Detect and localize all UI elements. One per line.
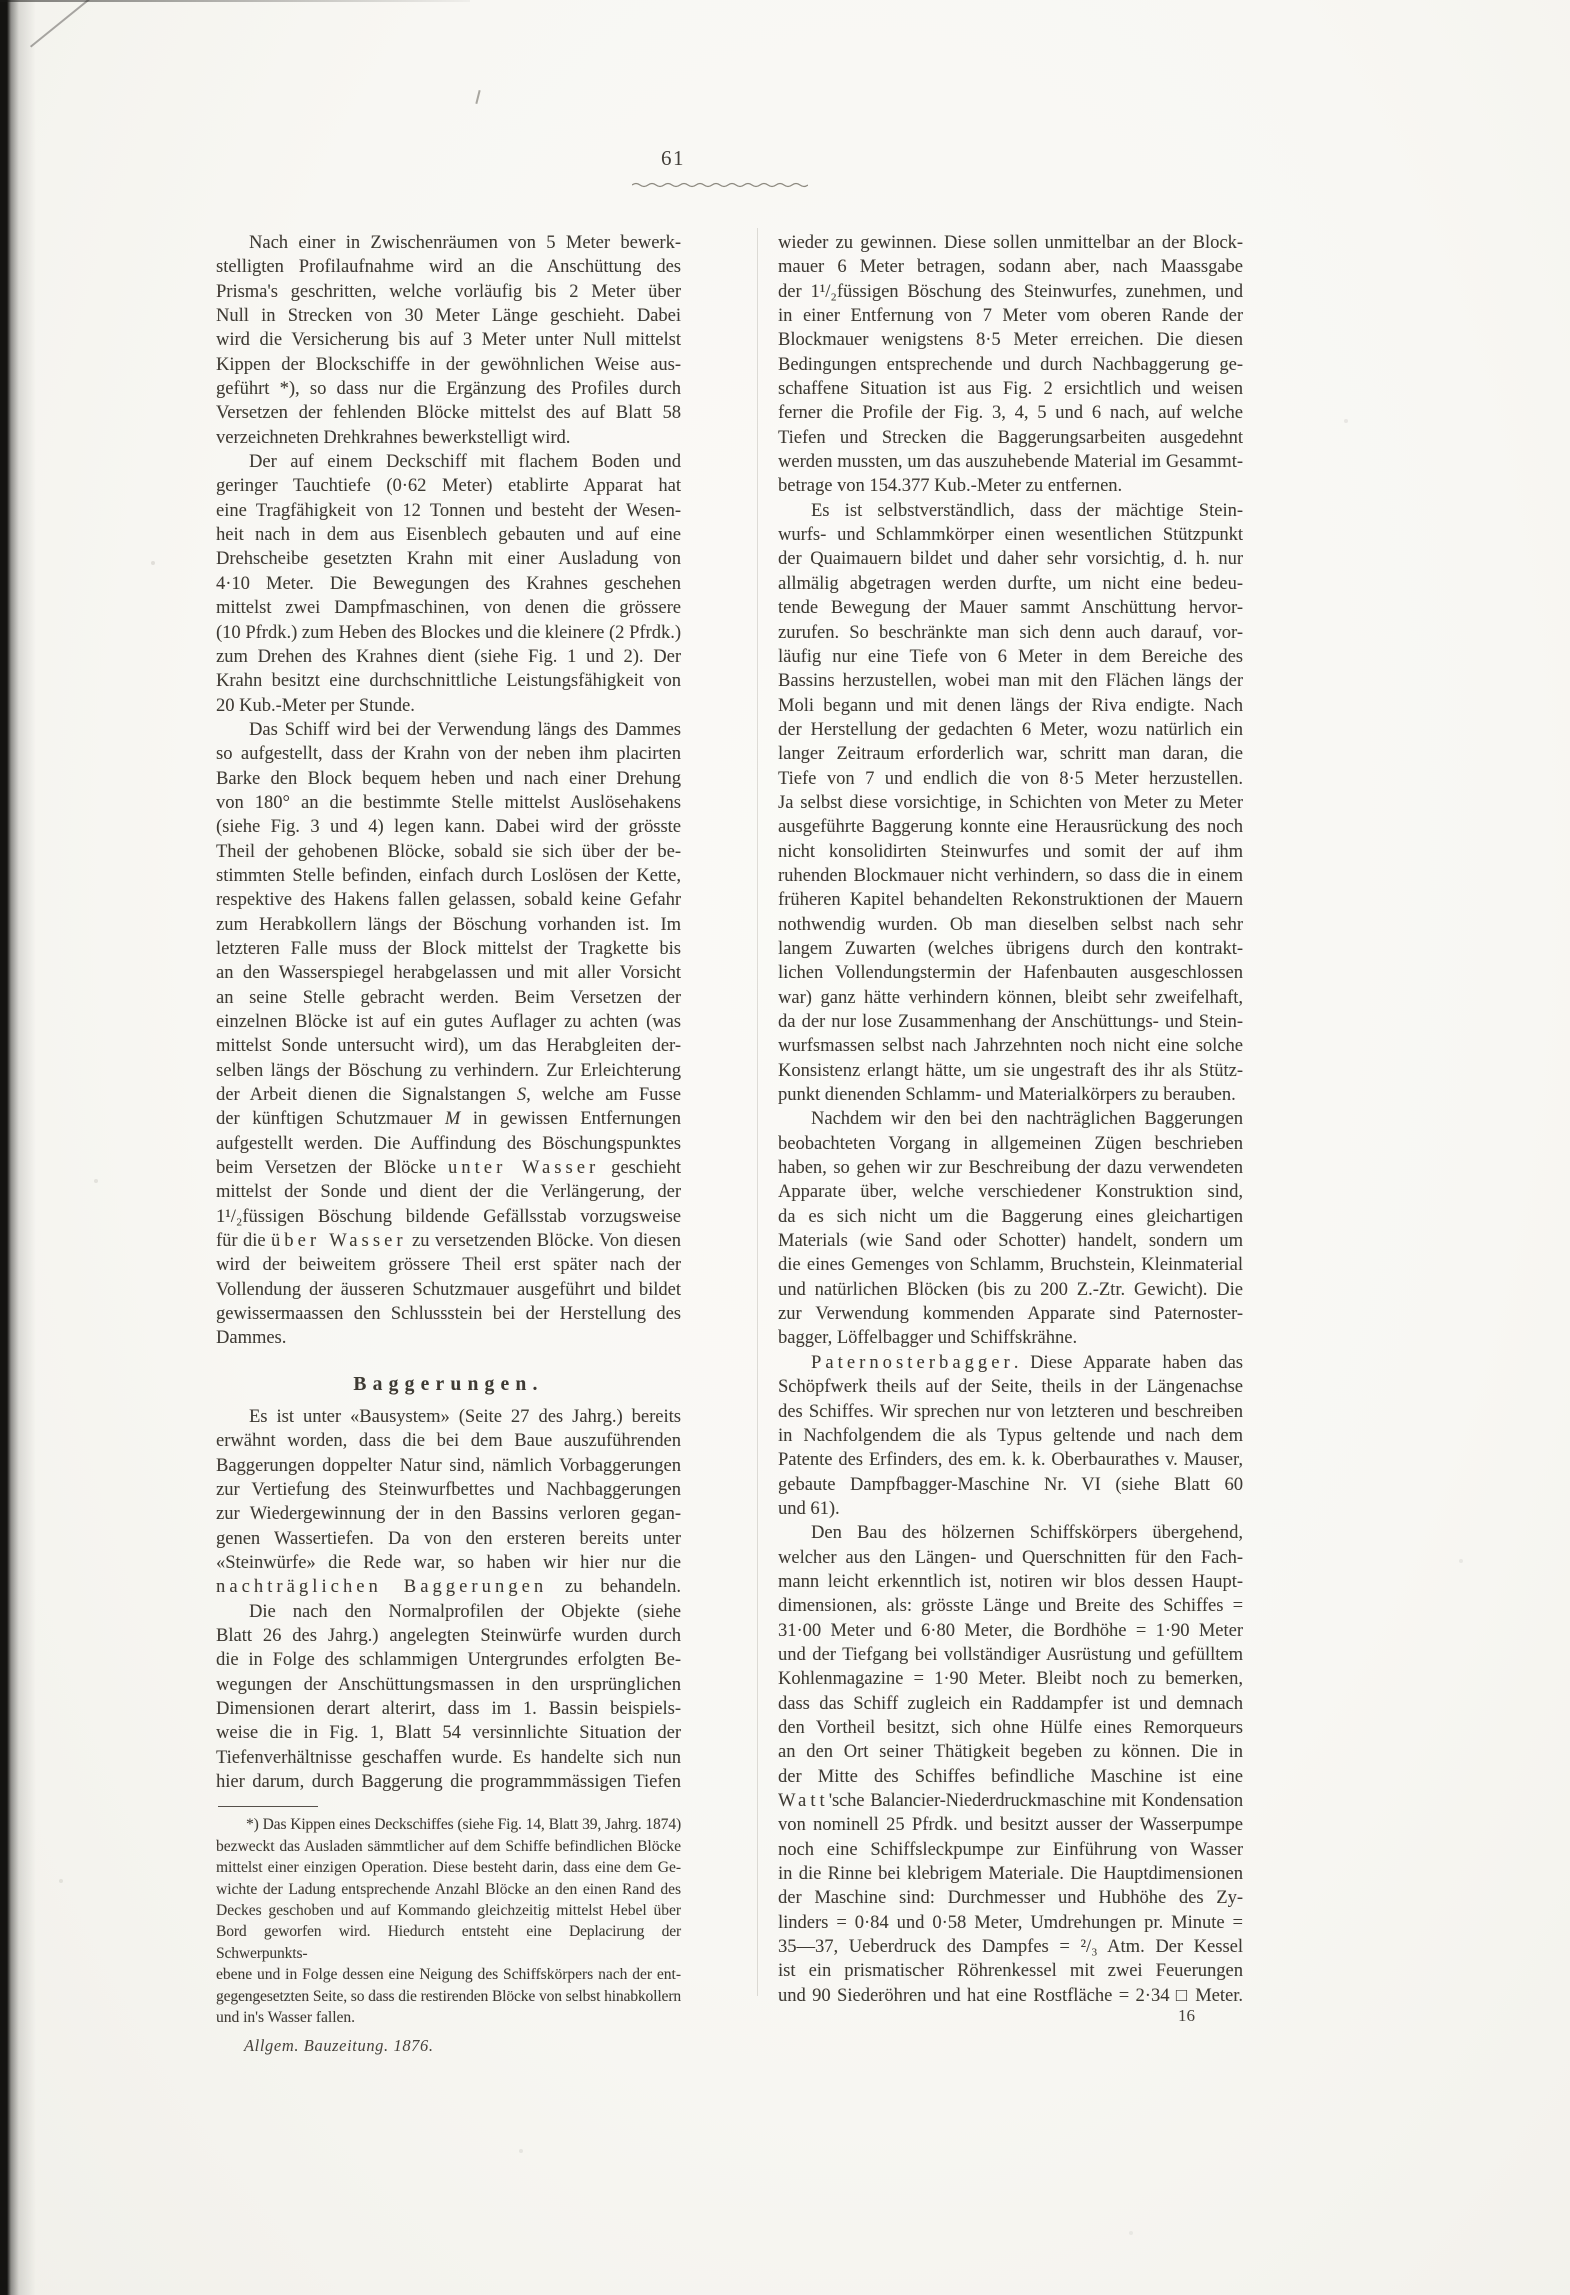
text-line: ausgeführte Baggerung konnte eine Heraus… <box>778 815 1243 839</box>
text-line: der Arbeit dienen die Signalstangen S, w… <box>216 1083 681 1107</box>
text-line: werden mussten, um das auszuhebende Mate… <box>778 450 1243 474</box>
text-line: zur Verwendung kommenden Apparate sind P… <box>778 1302 1243 1326</box>
text-line: an seine Stelle gebracht werden. Beim Ve… <box>216 986 681 1010</box>
text-line: Null in Strecken von 30 Meter Länge gesc… <box>216 304 681 328</box>
text-line: früheren Kapitel behandelten Rekonstrukt… <box>778 888 1243 912</box>
text-line: stimmten Stelle befinden, einfach durch … <box>216 864 681 888</box>
text-line: Paternosterbagger. Diese Apparate haben … <box>778 1351 1243 1375</box>
text-line: haben, so gehen wir zur Beschreibung der… <box>778 1156 1243 1180</box>
text-line: Tiefen und Strecken die Baggerungsarbeit… <box>778 426 1243 450</box>
text-line: Prisma's geschritten, welche vorläufig b… <box>216 280 681 304</box>
text-line: der künftigen Schutzmauer M in gewissen … <box>216 1107 681 1131</box>
text-line: da der nur lose Zusammenhang der Anschüt… <box>778 1010 1243 1034</box>
text-line: betrage von 154.377 Kub.-Meter zu entfer… <box>778 474 1243 498</box>
text-line: Nach einer in Zwischenräumen von 5 Meter… <box>216 231 681 255</box>
right-column: wieder zu gewinnen. Diese sollen unmitte… <box>778 231 1243 2008</box>
text-line: mann leicht erkenntlich ist, notiren wir… <box>778 1570 1243 1594</box>
text-line: Drehscheibe gesetzten Krahn mit einer Au… <box>216 547 681 571</box>
text-line: ebene und in Folge dessen eine Neigung d… <box>216 1964 681 1985</box>
text-line: mittelst der Sonde und dient der die Ver… <box>216 1180 681 1204</box>
footnote: *) Das Kippen eines Deckschiffes (siehe … <box>216 1814 681 2028</box>
text-line: Materials (wie Sand oder Schotter) hande… <box>778 1229 1243 1253</box>
paragraph: Die nach den Normalprofilen der Objekte … <box>216 1600 681 1795</box>
text-line: in Nachfolgendem die als Typus geltende … <box>778 1424 1243 1448</box>
text-line: und natürlichen Blöcken (bis zu 200 Z.-Z… <box>778 1278 1243 1302</box>
text-line: Dimensionen derart alterirt, dass im 1. … <box>216 1697 681 1721</box>
paragraph: Nachdem wir den bei den nachträglichen B… <box>778 1107 1243 1350</box>
text-line: der Maschine sind: Durchmesser und Hubhö… <box>778 1886 1243 1910</box>
text-line: Den Bau des hölzernen Schiffskörpers übe… <box>778 1521 1243 1545</box>
text-line: 35—37, Ueberdruck des Dampfes = ²/₃ Atm.… <box>778 1935 1243 1959</box>
text-line: erwähnt worden, dass die bei dem Baue au… <box>216 1429 681 1453</box>
text-line: war) ganz hätte verhindern können, bleib… <box>778 986 1243 1010</box>
text-line: für die über Wasser zu versetzenden Blöc… <box>216 1229 681 1253</box>
text-line: linders = 0·84 und 0·58 Meter, Umdrehung… <box>778 1911 1243 1935</box>
text-line: beobachteten Vorgang in allgemeinen Züge… <box>778 1132 1243 1156</box>
text-line: dimensionen, als: grösste Länge und Brei… <box>778 1594 1243 1618</box>
text-line: gebaute Dampfbagger-Maschine Nr. VI (sie… <box>778 1473 1243 1497</box>
text-line: Das Schiff wird bei der Verwendung längs… <box>216 718 681 742</box>
text-line: und 61). <box>778 1497 1243 1521</box>
page-corner-crease <box>30 0 98 47</box>
text-line: zur Vertiefung des Steinwurfbettes und N… <box>216 1478 681 1502</box>
paragraph: Der auf einem Deckschiff mit flachem Bod… <box>216 450 681 718</box>
text-line: wird die Versicherung bis auf 3 Meter un… <box>216 328 681 352</box>
text-line: langem Zuwarten (welches übrigens durch … <box>778 937 1243 961</box>
text-line: Patente des Erfinders, des em. k. k. Obe… <box>778 1448 1243 1472</box>
paragraph: Nach einer in Zwischenräumen von 5 Meter… <box>216 231 681 450</box>
text-line: gegengesetzten Seite, so dass die restir… <box>216 1986 681 2007</box>
text-line: Ja selbst diese vorsichtige, in Schichte… <box>778 791 1243 815</box>
text-line: der Quaimauern bildet und daher sehr vor… <box>778 547 1243 571</box>
text-line: mittelst Sonde untersucht wird), um das … <box>216 1034 681 1058</box>
text-line: Blockmauer wenigstens 8·5 Meter erreiche… <box>778 328 1243 352</box>
paragraph: Den Bau des hölzernen Schiffskörpers übe… <box>778 1521 1243 2008</box>
text-line: genen Wassertiefen. Da von den ersteren … <box>216 1527 681 1551</box>
text-line: Watt'sche Balancier-Niederdruckmaschine … <box>778 1789 1243 1813</box>
scan-edge-shadow <box>0 0 36 2295</box>
text-line: eine Tragfähigkeit von 12 Tonnen und bes… <box>216 499 681 523</box>
text-line: und 90 Siederöhren und hat eine Rostfläc… <box>778 1984 1243 2008</box>
text-line: an den Ort seiner Thätigkeit begeben zu … <box>778 1740 1243 1764</box>
text-line: selben längs der Böschung zu verhindern.… <box>216 1059 681 1083</box>
scan-top-edge <box>0 0 470 2</box>
text-line: von 180° an die bestimmte Stelle mittels… <box>216 791 681 815</box>
text-line: nicht konsolidirten Steinwurfes und somi… <box>778 840 1243 864</box>
text-line: an den Wasserspiegel herabgelassen und m… <box>216 961 681 985</box>
ink-mark <box>475 90 480 104</box>
wavy-rule <box>632 181 808 189</box>
text-line: Es ist unter «Bausystem» (Seite 27 des J… <box>216 1405 681 1429</box>
text-line: Bedingungen entsprechende und durch Nach… <box>778 353 1243 377</box>
text-line: Deckes geschoben und auf Kommando gleich… <box>216 1900 681 1921</box>
journal-credit: Allgem. Bauzeitung. 1876. <box>216 2036 681 2056</box>
text-line: die in Folge des schlammigen Untergrunde… <box>216 1648 681 1672</box>
text-line: in die Rinne bei klebrigem Materiale. Di… <box>778 1862 1243 1886</box>
text-line: und in's Wasser fallen. <box>216 2007 681 2028</box>
text-line: allmälig abgetragen werden durfte, um ni… <box>778 572 1243 596</box>
text-line: respektive des Hakens fallen gelassen, s… <box>216 888 681 912</box>
text-line: wegungen der Anschüttungsmassen in den u… <box>216 1673 681 1697</box>
text-line: ruhenden Blockmauer nicht verhindern, so… <box>778 864 1243 888</box>
text-line: nachträglichen Baggerungen zu behandeln. <box>216 1575 681 1599</box>
text-line: von nominell 25 Pfrdk. und besitzt ausse… <box>778 1813 1243 1837</box>
text-line: Der auf einem Deckschiff mit flachem Bod… <box>216 450 681 474</box>
paragraph: Das Schiff wird bei der Verwendung längs… <box>216 718 681 1351</box>
text-line: noch eine Schiffsleckpumpe zur Einführun… <box>778 1838 1243 1862</box>
text-line: wieder zu gewinnen. Diese sollen unmitte… <box>778 231 1243 255</box>
text-line: Die nach den Normalprofilen der Objekte … <box>216 1600 681 1624</box>
left-column: Nach einer in Zwischenräumen von 5 Meter… <box>216 231 681 2056</box>
paragraph: Es ist unter «Bausystem» (Seite 27 des J… <box>216 1405 681 1600</box>
column-divider-rule <box>757 228 758 1996</box>
section-heading: Baggerungen. <box>216 1373 681 1397</box>
text-line: der 1¹/₂füssigen Böschung des Steinwurfe… <box>778 280 1243 304</box>
text-line: Kohlenmagazine = 1·90 Meter. Bleibt noch… <box>778 1667 1243 1691</box>
text-line: Es ist selbstverständlich, dass der mäch… <box>778 499 1243 523</box>
paragraph: wieder zu gewinnen. Diese sollen unmitte… <box>778 231 1243 499</box>
page-number: 61 <box>638 146 708 171</box>
text-line: langer Zeitraum erforderlich war, schrit… <box>778 742 1243 766</box>
text-line: die eines Gemenges von Schlamm, Bruchste… <box>778 1253 1243 1277</box>
text-line: verzeichneten Drehkrahnes bewerkstelligt… <box>216 426 681 450</box>
text-line: ferner die Profile der Fig. 3, 4, 5 und … <box>778 401 1243 425</box>
text-line: mittelst zwei Dampfmaschinen, von denen … <box>216 596 681 620</box>
text-line: mittelst einer einzigen Operation. Diese… <box>216 1857 681 1878</box>
text-line: Blatt 26 des Jahrg.) angelegten Steinwür… <box>216 1624 681 1648</box>
text-line: wichte der Ladung entsprechende Anzahl B… <box>216 1879 681 1900</box>
text-line: Vollendung der äusseren Schutzmauer ausg… <box>216 1278 681 1302</box>
text-line: zum Herabkollern längs der Böschung vorh… <box>216 913 681 937</box>
paragraph: Es ist selbstverständlich, dass der mäch… <box>778 499 1243 1108</box>
text-line: des Schiffes. Wir sprechen nur von letzt… <box>778 1400 1243 1424</box>
text-line: wird der beiweitem grössere Theil erst s… <box>216 1253 681 1277</box>
footnote-separator-rule <box>218 1806 318 1807</box>
text-line: 31·00 Meter und 6·80 Meter, die Bordhöhe… <box>778 1619 1243 1643</box>
text-line: 20 Kub.-Meter per Stunde. <box>216 694 681 718</box>
text-line: Bassins herzustellen, wobei man mit den … <box>778 669 1243 693</box>
text-line: mauer 6 Meter betragen, sodann aber, nac… <box>778 255 1243 279</box>
text-line: hier darum, durch Baggerung die programm… <box>216 1770 681 1794</box>
text-line: dass das Schiff zugleich ein Raddampfer … <box>778 1692 1243 1716</box>
text-line: gewissermaassen den Schlussstein bei der… <box>216 1302 681 1326</box>
text-line: in einer Entfernung von 7 Meter vom ober… <box>778 304 1243 328</box>
text-line: Dammes. <box>216 1326 681 1350</box>
text-line: Krahn besitzt eine durchschnittliche Lei… <box>216 669 681 693</box>
text-line: letzteren Falle muss der Block mittelst … <box>216 937 681 961</box>
text-line: Theil der gehobenen Blöcke, sobald sie s… <box>216 840 681 864</box>
text-line: (siehe Fig. 3 und 4) legen kann. Dabei w… <box>216 815 681 839</box>
text-line: Baggerungen doppelter Natur sind, nämlic… <box>216 1454 681 1478</box>
text-line: Barke den Block bequem heben und nach ei… <box>216 767 681 791</box>
text-line: «Steinwürfe» die Rede war, so haben wir … <box>216 1551 681 1575</box>
text-line: weise die in Fig. 1, Blatt 54 versinnlic… <box>216 1721 681 1745</box>
text-line: *) Das Kippen eines Deckschiffes (siehe … <box>216 1814 681 1835</box>
text-line: Moli begann und mit denen längs der Riva… <box>778 694 1243 718</box>
text-line: 1¹/₂füssigen Böschung bildende Gefällsst… <box>216 1205 681 1229</box>
text-line: wurfs- und Schlammkörper einen wesentlic… <box>778 523 1243 547</box>
text-line: einzelnen Blöcke ist auf ein gutes Aufla… <box>216 1010 681 1034</box>
text-line: und der Tiefgang bei vollständiger Ausrü… <box>778 1643 1243 1667</box>
text-line: punkt dienenden Schlamm- und Materialkör… <box>778 1083 1243 1107</box>
text-line: ist ein prismatischer Röhrenkessel mit z… <box>778 1959 1243 1983</box>
sheet-number: 16 <box>1178 2006 1195 2026</box>
text-line: lichen Vollendungstermin der Hafenbauten… <box>778 961 1243 985</box>
text-line: zur Wiedergewinnung der in den Bassins v… <box>216 1502 681 1526</box>
text-line: tende Bewegung der Mauer sammt Anschüttu… <box>778 596 1243 620</box>
scan-specks <box>0 0 2 2</box>
text-line: beim Versetzen der Blöcke unter Wasser g… <box>216 1156 681 1180</box>
text-line: der Herstellung der gedachten 6 Meter, w… <box>778 718 1243 742</box>
text-line: (10 Pfrdk.) zum Heben des Blockes und di… <box>216 621 681 645</box>
text-line: den Vortheil besitzt, sich ohne Hülfe ei… <box>778 1716 1243 1740</box>
text-line: zum Drehen des Krahnes dient (siehe Fig.… <box>216 645 681 669</box>
text-line: Nachdem wir den bei den nachträglichen B… <box>778 1107 1243 1131</box>
text-line: Bord geworfen wird. Hiedurch entsteht ei… <box>216 1921 681 1964</box>
text-line: Apparate über, welche verschiedener Kons… <box>778 1180 1243 1204</box>
text-line: geführt *), so dass nur die Ergänzung de… <box>216 377 681 401</box>
text-line: so aufgestellt, dass der Krahn von der n… <box>216 742 681 766</box>
text-line: geringer Tauchtiefe (0·62 Meter) etablir… <box>216 474 681 498</box>
text-line: da es sich nicht um die Baggerung eines … <box>778 1205 1243 1229</box>
text-line: Versetzen der fehlenden Blöcke mittelst … <box>216 401 681 425</box>
paragraph: Paternosterbagger. Diese Apparate haben … <box>778 1351 1243 1521</box>
text-line: welcher aus den Längen- und Querschnitte… <box>778 1546 1243 1570</box>
text-line: stelligten Profilaufnahme wird an die An… <box>216 255 681 279</box>
text-line: läufig nur eine Tiefe von 6 Meter in dem… <box>778 645 1243 669</box>
text-line: Konsistenz erlangt hätte, um sie ungestr… <box>778 1059 1243 1083</box>
text-line: zurufen. So beschränkte man sich denn au… <box>778 621 1243 645</box>
text-line: schaffene Situation ist aus Fig. 2 ersic… <box>778 377 1243 401</box>
text-line: Schöpfwerk theils auf der Seite, theils … <box>778 1375 1243 1399</box>
text-line: wurfsmassen selbst nach Jahrzehnten noch… <box>778 1034 1243 1058</box>
text-line: bezweckt das Ausladen sämmtlicher auf de… <box>216 1836 681 1857</box>
text-line: der Mitte des Schiffes befindliche Masch… <box>778 1765 1243 1789</box>
text-line: heit nach in dem aus Eisenblech gebauten… <box>216 523 681 547</box>
text-line: bagger, Löffelbagger und Schiffskrähne. <box>778 1326 1243 1350</box>
text-line: Kippen der Blockschiffe in der gewöhnlic… <box>216 353 681 377</box>
text-line: 4·10 Meter. Die Bewegungen des Krahnes g… <box>216 572 681 596</box>
text-line: nothwendig wurden. Ob man dieselben selb… <box>778 913 1243 937</box>
text-line: Tiefenverhältnisse geschaffen wurde. Es … <box>216 1746 681 1770</box>
text-line: Tiefe von 7 und endlich die von 8·5 Mete… <box>778 767 1243 791</box>
journal-page: 61 Nach einer in Zwischenräumen von 5 Me… <box>0 0 1570 2295</box>
text-line: aufgestellt werden. Die Auffindung des B… <box>216 1132 681 1156</box>
